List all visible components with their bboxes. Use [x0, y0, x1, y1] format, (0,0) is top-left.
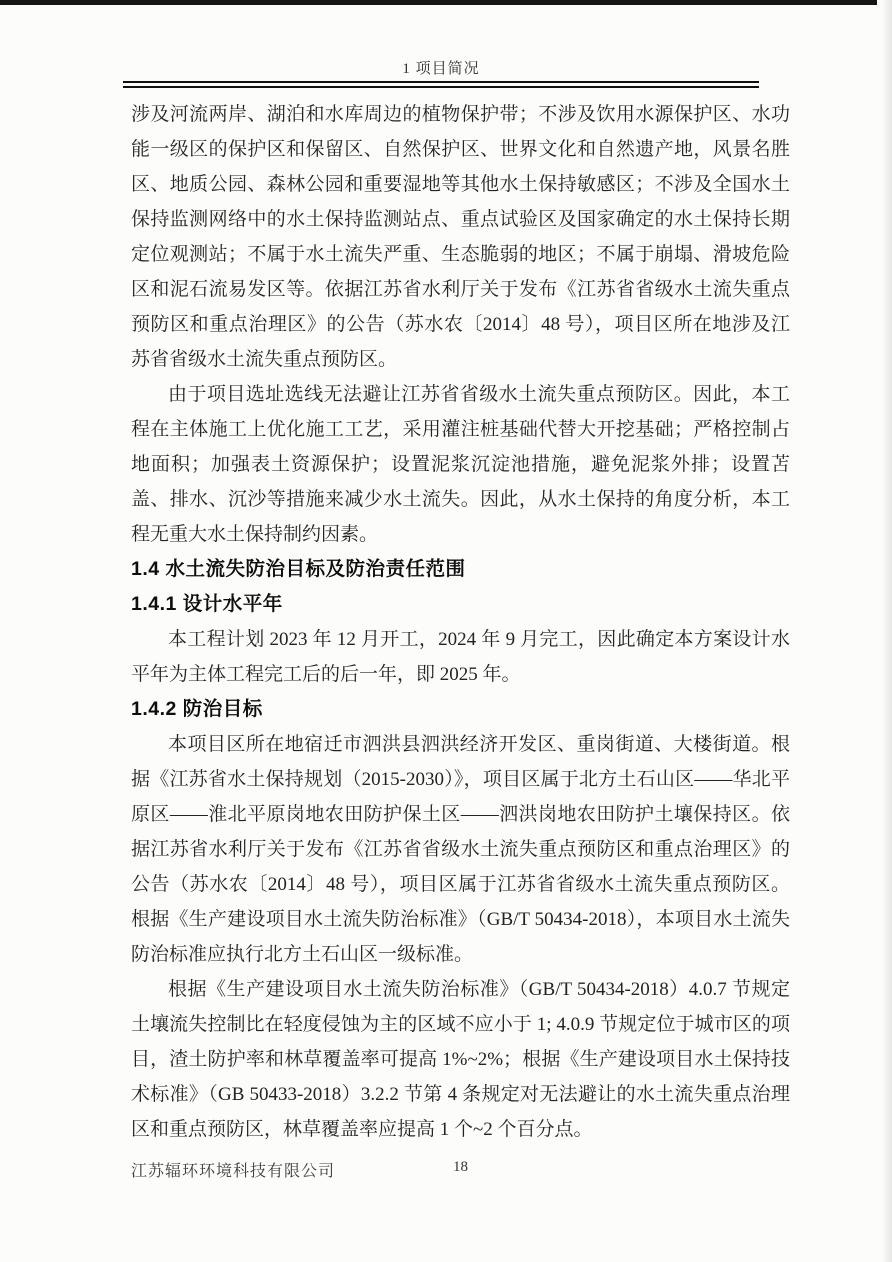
page-footer: 江苏辐环环境科技有限公司 18 — [131, 1158, 790, 1182]
page-header-title: 1 项目简况 — [123, 57, 759, 78]
paragraph-design-year: 本工程计划 2023 年 12 月开工，2024 年 9 月完工，因此确定本方案… — [131, 622, 790, 692]
scan-right-edge-artifact — [883, 0, 892, 1262]
heading-1-4-1-design-year: 1.4.1 设计水平年 — [131, 587, 790, 622]
paragraph-project-region: 本项目区所在地宿迁市泗洪县泗洪经济开发区、重岗街道、大楼街道。根据《江苏省水土保… — [131, 727, 790, 972]
heading-1-4-2-control-targets: 1.4.2 防治目标 — [131, 692, 790, 727]
document-page: 1 项目简况 涉及河流两岸、湖泊和水库周边的植物保护带；不涉及饮用水源保护区、水… — [0, 0, 892, 1262]
paragraph-sensitive-areas-continued: 涉及河流两岸、湖泊和水库周边的植物保护带；不涉及饮用水源保护区、水功能一级区的保… — [131, 97, 790, 377]
scan-top-edge-artifact — [0, 0, 877, 5]
header-double-rule — [123, 81, 759, 88]
page-header: 1 项目简况 — [123, 57, 759, 78]
heading-1-4-prevention-targets: 1.4 水土流失防治目标及防治责任范围 — [131, 552, 790, 587]
paragraph-siting-mitigation: 由于项目选址选线无法避让江苏省省级水土流失重点预防区。因此，本工程在主体施工上优… — [131, 377, 790, 552]
paragraph-control-standards: 根据《生产建设项目水土流失防治标准》（GB/T 50434-2018）4.0.7… — [131, 972, 790, 1147]
footer-page-number: 18 — [131, 1159, 790, 1176]
document-body: 涉及河流两岸、湖泊和水库周边的植物保护带；不涉及饮用水源保护区、水功能一级区的保… — [131, 97, 790, 1147]
